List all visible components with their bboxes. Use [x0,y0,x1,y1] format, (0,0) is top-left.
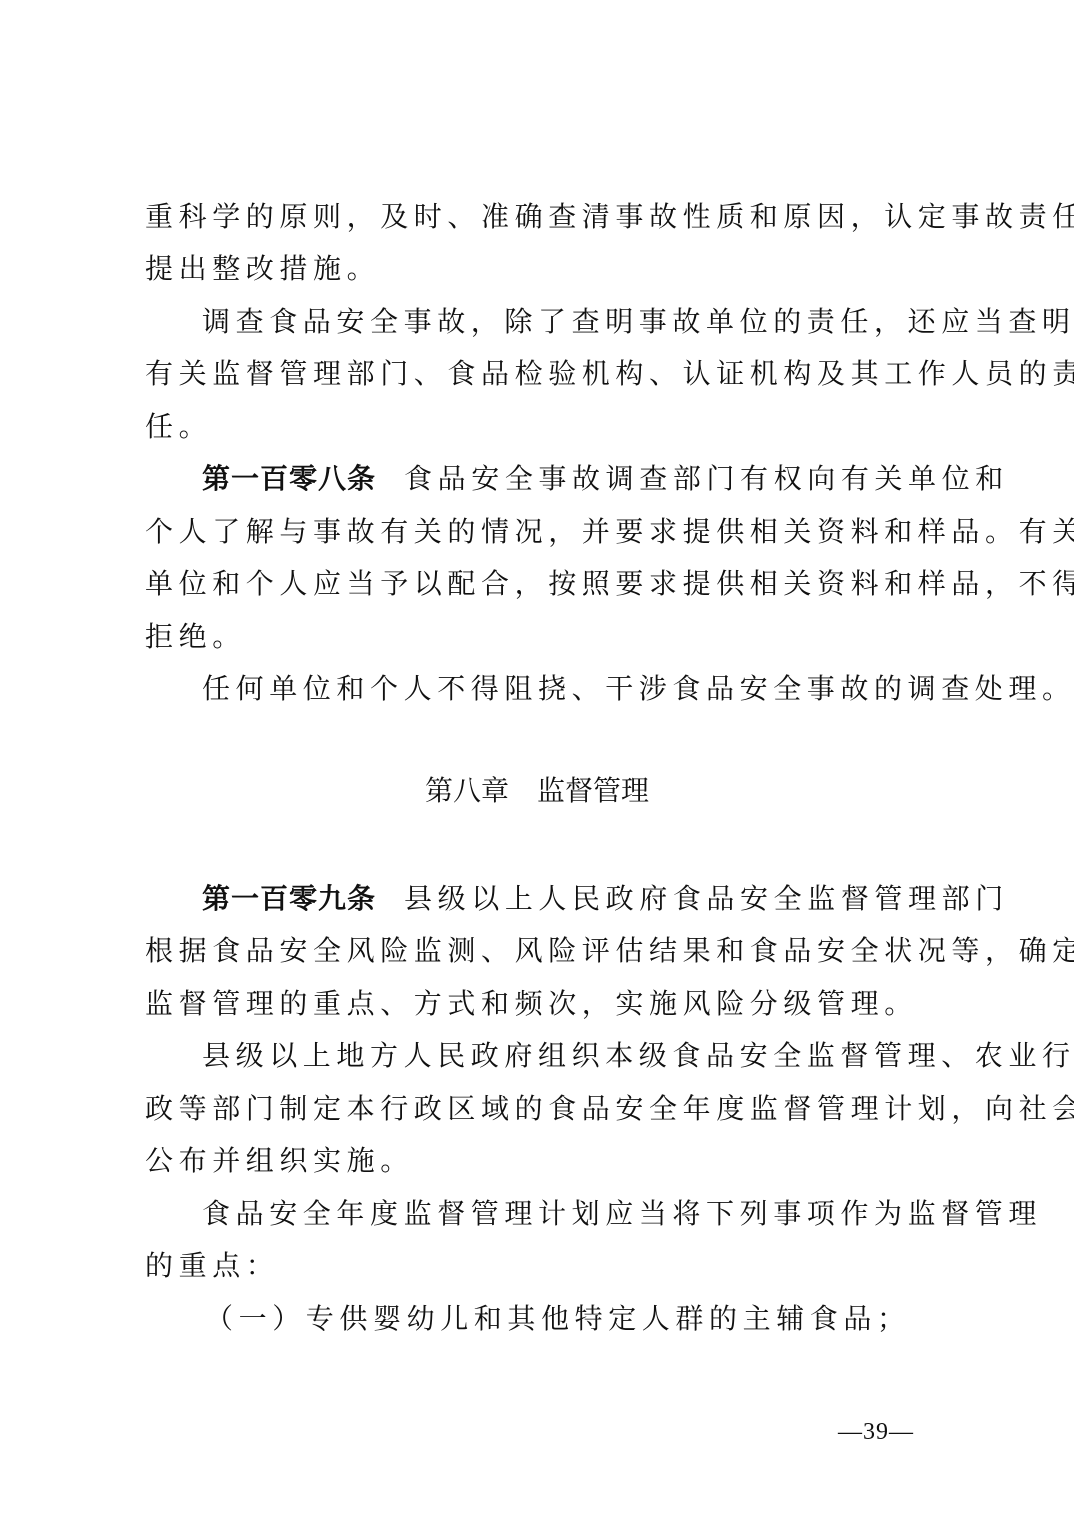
body-text: 县级以上人民政府食品安全监督管理部门 [404,882,1009,915]
body-text-line: 监督管理的重点、方式和频次，实施风险分级管理。 [145,988,945,1020]
list-item: （一）专供婴幼儿和其他特定人群的主辅食品； [205,1303,1005,1335]
chapter-number: 第八章 [425,774,509,807]
page-number: —39— [838,1418,914,1446]
body-text-line: 个人了解与事故有关的情况，并要求提供相关资料和样品。有关 [145,516,945,548]
chapter-heading: 第八章监督管理 [0,775,1074,807]
body-text-line: 提出整改措施。 [145,253,945,285]
article-heading: 第一百零九条 [202,882,376,915]
article-108-line: 第一百零八条食品安全事故调查部门有权向有关单位和 [202,463,1002,495]
body-text-line: 食品安全年度监督管理计划应当将下列事项作为监督管理 [202,1198,1002,1230]
body-text-line: 有关监督管理部门、食品检验机构、认证机构及其工作人员的责 [145,358,945,390]
body-text-line: 公布并组织实施。 [145,1145,945,1177]
article-heading: 第一百零八条 [202,462,376,495]
body-text-line: 县级以上地方人民政府组织本级食品安全监督管理、农业行 [202,1040,1002,1072]
body-text-line: 调查食品安全事故，除了查明事故单位的责任，还应当查明 [202,306,1002,338]
article-109-line: 第一百零九条县级以上人民政府食品安全监督管理部门 [202,883,1002,915]
body-text-line: 任何单位和个人不得阻挠、干涉食品安全事故的调查处理。 [202,673,1002,705]
body-text-line: 政等部门制定本行政区域的食品安全年度监督管理计划，向社会 [145,1093,945,1125]
body-text: 食品安全事故调查部门有权向有关单位和 [404,462,1009,495]
body-text-line: 重科学的原则，及时、准确查清事故性质和原因，认定事故责任， [145,201,945,233]
chapter-title: 监督管理 [537,774,649,807]
body-text-line: 根据食品安全风险监测、风险评估结果和食品安全状况等，确定 [145,935,945,967]
body-text-line: 单位和个人应当予以配合，按照要求提供相关资料和样品，不得 [145,568,945,600]
body-text-line: 的重点： [145,1250,945,1282]
body-text-line: 任。 [145,411,945,443]
body-text-line: 拒绝。 [145,621,945,653]
